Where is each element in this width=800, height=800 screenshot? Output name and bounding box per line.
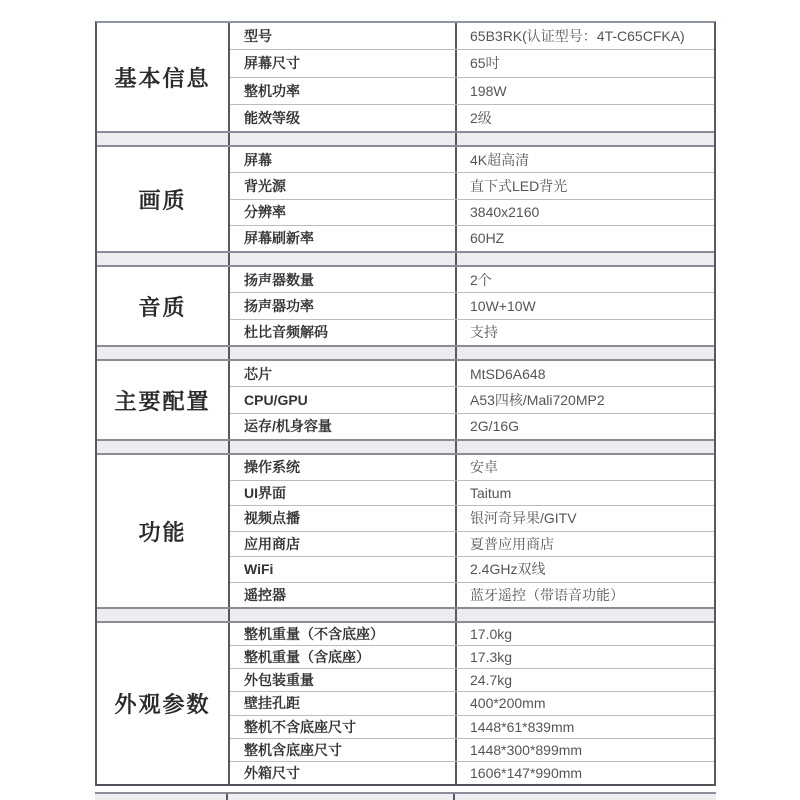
spec-value: 支持 [457,320,714,345]
spec-value: 17.3kg [457,646,714,668]
spec-label: 能效等级 [230,105,457,131]
separator-cell [455,794,716,800]
section-separator-partial [95,792,716,800]
separator-cell [97,133,230,145]
section-title: 音质 [138,291,186,322]
spec-row: 背光源 直下式LED背光 [230,173,714,199]
spec-label: 分辨率 [230,200,457,225]
spec-label: WiFi [230,557,457,582]
spec-label: 整机不含底座尺寸 [230,716,457,738]
spec-value: 400*200mm [457,692,714,714]
spec-row: 型号 65B3RK(认证型号：4T-C65CFKA) [230,23,714,50]
spec-row: UI界面 Taitum [230,481,714,507]
spec-label: 运存/机身容量 [230,414,457,439]
section-separator [97,607,714,623]
section-title-cell: 音质 [97,267,230,345]
spec-row: 能效等级 2级 [230,105,714,131]
section-rows: 整机重量（不含底座） 17.0kg 整机重量（含底座） 17.3kg 外包装重量… [230,623,714,784]
spec-value: 198W [457,78,714,104]
spec-label: 整机重量（含底座） [230,646,457,668]
section-separator [97,131,714,147]
spec-label: 芯片 [230,361,457,386]
separator-cell [230,347,457,359]
spec-row: 整机不含底座尺寸 1448*61*839mm [230,716,714,739]
spec-value: 24.7kg [457,669,714,691]
spec-value: 10W+10W [457,293,714,318]
spec-row: 外包装重量 24.7kg [230,669,714,692]
separator-cell [457,253,714,265]
spec-value: 蓝牙遥控（带语音功能） [457,583,714,608]
spec-row: 屏幕刷新率 60HZ [230,226,714,251]
section-title: 外观参数 [114,688,210,719]
spec-row: 整机含底座尺寸 1448*300*899mm [230,739,714,762]
section-title-cell: 主要配置 [97,361,230,439]
separator-cell [97,441,230,453]
separator-cell [457,441,714,453]
spec-row: 应用商店 夏普应用商店 [230,532,714,558]
section-rows: 芯片 MtSD6A648 CPU/GPU A53四核/Mali720MP2 运存… [230,361,714,439]
spec-value: 安卓 [457,455,714,480]
spec-label: 屏幕刷新率 [230,226,457,251]
separator-cell [97,253,230,265]
spec-value: 2G/16G [457,414,714,439]
spec-table: 基本信息 型号 65B3RK(认证型号：4T-C65CFKA) 屏幕尺寸 65吋… [95,21,716,786]
separator-cell [228,794,455,800]
section-title-cell: 功能 [97,455,230,607]
spec-label: 操作系统 [230,455,457,480]
separator-cell [230,133,457,145]
spec-value: 2.4GHz双线 [457,557,714,582]
spec-row: 遥控器 蓝牙遥控（带语音功能） [230,583,714,608]
spec-value: 60HZ [457,226,714,251]
section-title-cell: 画质 [97,147,230,251]
spec-label: 整机重量（不含底座） [230,623,457,645]
spec-label: 遥控器 [230,583,457,608]
spec-row: WiFi 2.4GHz双线 [230,557,714,583]
spec-value: 2个 [457,267,714,292]
spec-label: 扬声器功率 [230,293,457,318]
section-sound-quality: 音质 扬声器数量 2个 扬声器功率 10W+10W 杜比音频解码 支持 [97,267,714,345]
spec-row: 扬声器功率 10W+10W [230,293,714,319]
spec-value: 银河奇异果/GITV [457,506,714,531]
spec-sheet-page: 基本信息 型号 65B3RK(认证型号：4T-C65CFKA) 屏幕尺寸 65吋… [0,0,800,800]
spec-value: 65吋 [457,50,714,76]
section-title-cell: 外观参数 [97,623,230,784]
spec-label: 屏幕 [230,147,457,172]
spec-label: 整机含底座尺寸 [230,739,457,761]
spec-value: 1606*147*990mm [457,762,714,784]
spec-row: 芯片 MtSD6A648 [230,361,714,387]
spec-label: 应用商店 [230,532,457,557]
spec-label: 整机功率 [230,78,457,104]
separator-cell [457,133,714,145]
spec-label: CPU/GPU [230,387,457,412]
section-title: 功能 [138,516,186,547]
spec-value: 65B3RK(认证型号：4T-C65CFKA) [457,23,714,49]
separator-cell [457,347,714,359]
separator-cell [230,609,457,621]
section-separator [97,439,714,455]
spec-row: 杜比音频解码 支持 [230,320,714,345]
spec-row: 外箱尺寸 1606*147*990mm [230,762,714,784]
spec-value: 夏普应用商店 [457,532,714,557]
section-picture-quality: 画质 屏幕 4K超高清 背光源 直下式LED背光 分辨率 3840x2160 屏… [97,147,714,251]
spec-row: 运存/机身容量 2G/16G [230,414,714,439]
spec-value: 直下式LED背光 [457,173,714,198]
spec-value: 1448*61*839mm [457,716,714,738]
section-main-config: 主要配置 芯片 MtSD6A648 CPU/GPU A53四核/Mali720M… [97,361,714,439]
spec-value: 2级 [457,105,714,131]
spec-value: 17.0kg [457,623,714,645]
spec-label: 视频点播 [230,506,457,531]
spec-row: 屏幕尺寸 65吋 [230,50,714,77]
section-rows: 操作系统 安卓 UI界面 Taitum 视频点播 银河奇异果/GITV 应用商店… [230,455,714,607]
spec-row: 扬声器数量 2个 [230,267,714,293]
spec-value: A53四核/Mali720MP2 [457,387,714,412]
spec-label: 扬声器数量 [230,267,457,292]
spec-label: 外箱尺寸 [230,762,457,784]
section-title: 主要配置 [114,385,210,416]
spec-row: 屏幕 4K超高清 [230,147,714,173]
spec-row: CPU/GPU A53四核/Mali720MP2 [230,387,714,413]
spec-row: 分辨率 3840x2160 [230,200,714,226]
spec-row: 整机重量（不含底座） 17.0kg [230,623,714,646]
separator-cell [97,347,230,359]
section-features: 功能 操作系统 安卓 UI界面 Taitum 视频点播 银河奇异果/GITV 应… [97,455,714,607]
spec-row: 操作系统 安卓 [230,455,714,481]
spec-row: 壁挂孔距 400*200mm [230,692,714,715]
section-separator [97,345,714,361]
spec-value: MtSD6A648 [457,361,714,386]
spec-label: 壁挂孔距 [230,692,457,714]
spec-row: 整机功率 198W [230,78,714,105]
section-title: 画质 [138,184,186,215]
spec-value: 4K超高清 [457,147,714,172]
spec-value: Taitum [457,481,714,506]
spec-label: 外包装重量 [230,669,457,691]
separator-cell [97,609,230,621]
spec-label: 屏幕尺寸 [230,50,457,76]
spec-label: 背光源 [230,173,457,198]
spec-value: 1448*300*899mm [457,739,714,761]
separator-cell [95,794,228,800]
section-appearance-params: 外观参数 整机重量（不含底座） 17.0kg 整机重量（含底座） 17.3kg … [97,623,714,784]
separator-cell [230,441,457,453]
spec-row: 视频点播 银河奇异果/GITV [230,506,714,532]
section-rows: 扬声器数量 2个 扬声器功率 10W+10W 杜比音频解码 支持 [230,267,714,345]
spec-row: 整机重量（含底座） 17.3kg [230,646,714,669]
section-basic-info: 基本信息 型号 65B3RK(认证型号：4T-C65CFKA) 屏幕尺寸 65吋… [97,23,714,131]
spec-label: 杜比音频解码 [230,320,457,345]
spec-label: UI界面 [230,481,457,506]
separator-cell [230,253,457,265]
section-title: 基本信息 [114,62,210,93]
section-rows: 型号 65B3RK(认证型号：4T-C65CFKA) 屏幕尺寸 65吋 整机功率… [230,23,714,131]
separator-cell [457,609,714,621]
spec-value: 3840x2160 [457,200,714,225]
section-separator [97,251,714,267]
section-title-cell: 基本信息 [97,23,230,131]
section-rows: 屏幕 4K超高清 背光源 直下式LED背光 分辨率 3840x2160 屏幕刷新… [230,147,714,251]
spec-label: 型号 [230,23,457,49]
